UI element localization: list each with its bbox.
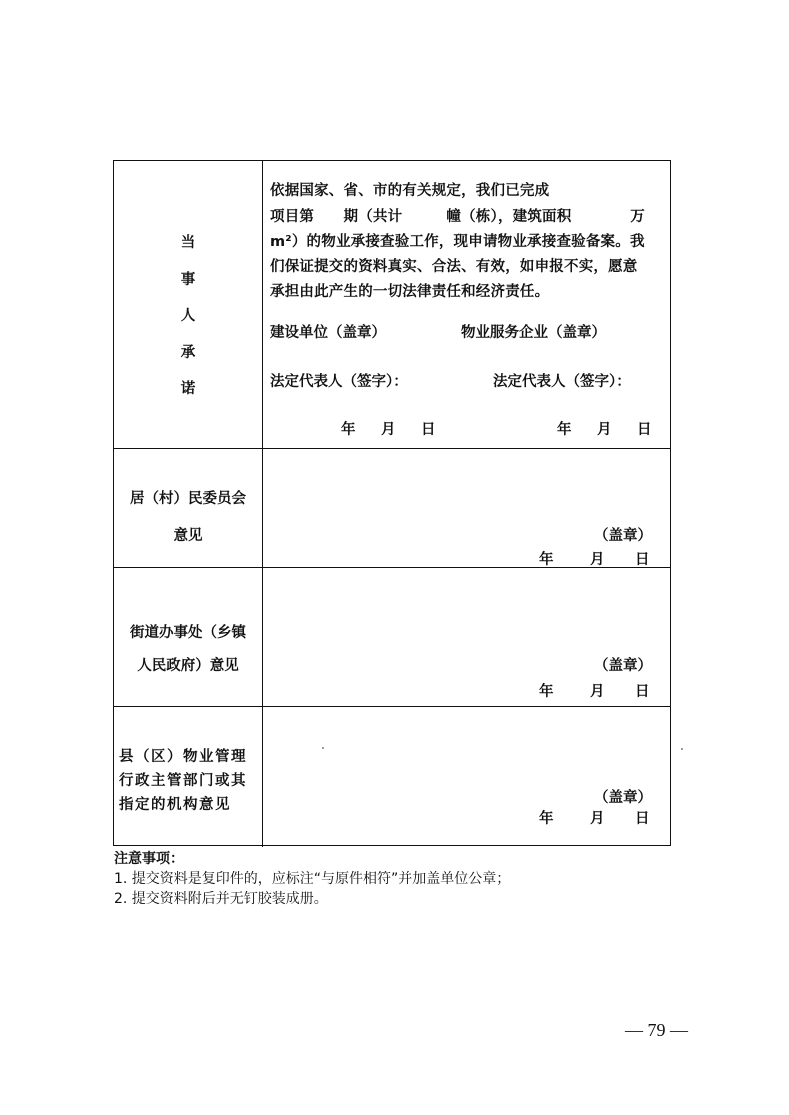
commitment-text-line: 承担由此产生的一切法律责任和经济责任。 xyxy=(270,280,549,301)
commitment-content-cell: 依据国家、省、市的有关规定，我们已完成 项目第 期（共计 幢（栋），建筑面积 万… xyxy=(263,161,670,448)
date-month-right: 月 xyxy=(597,418,612,439)
commitment-label-cell: 当 事 人 承 诺 xyxy=(114,161,263,448)
commitment-label-char: 事 xyxy=(114,268,262,289)
commitment-text-line: 们保证提交的资料真实、合法、有效，如申报不实，愿意 xyxy=(270,255,638,276)
county-department-date-month: 月 xyxy=(590,807,605,828)
date-month-left: 月 xyxy=(381,418,396,439)
residents-committee-opinion-cell: （盖章） 年 月 日 xyxy=(263,449,670,567)
residents-committee-date-day: 日 xyxy=(635,548,650,569)
scan-speck xyxy=(322,747,324,749)
construction-unit-seal-label: 建设单位（盖章） xyxy=(270,321,386,342)
commitment-label-char: 人 xyxy=(114,304,262,325)
property-handover-filing-form: 当 事 人 承 诺 依据国家、省、市的有关规定，我们已完成 项目第 期（共计 幢… xyxy=(113,160,671,846)
commitment-label-char: 当 xyxy=(114,231,262,252)
date-year-left: 年 xyxy=(341,418,356,439)
county-department-date-day: 日 xyxy=(635,807,650,828)
county-department-seal: （盖章） xyxy=(594,786,652,807)
residents-committee-label: 意见 xyxy=(114,524,262,545)
county-department-label: 行政主管部门或其 xyxy=(119,769,247,790)
residents-committee-date-year: 年 xyxy=(539,548,554,569)
subdistrict-office-label: 街道办事处（乡镇 xyxy=(114,621,262,642)
commitment-text-line: m²）的物业承接查验工作，现申请物业承接查验备案。我 xyxy=(270,230,645,251)
residents-committee-label-cell: 居（村）民委员会 意见 xyxy=(114,449,263,567)
subdistrict-office-opinion-cell: （盖章） 年 月 日 xyxy=(263,568,670,706)
commitment-row: 当 事 人 承 诺 依据国家、省、市的有关规定，我们已完成 项目第 期（共计 幢… xyxy=(114,161,670,449)
subdistrict-office-date-year: 年 xyxy=(539,680,554,701)
scan-speck xyxy=(681,748,683,750)
county-department-date-year: 年 xyxy=(539,807,554,828)
subdistrict-office-date-day: 日 xyxy=(635,680,650,701)
note-item: 1. 提交资料是复印件的，应标注“与原件相符”并加盖单位公章； xyxy=(114,869,510,889)
residents-committee-date-month: 月 xyxy=(590,548,605,569)
county-department-label: 县（区）物业管理 xyxy=(119,745,247,766)
subdistrict-office-date-month: 月 xyxy=(590,680,605,701)
note-item: 2. 提交资料附后并无钉胶装成册。 xyxy=(114,889,510,909)
county-department-label: 指定的机构意见 xyxy=(119,793,231,814)
notes-section: 注意事项： 1. 提交资料是复印件的，应标注“与原件相符”并加盖单位公章； 2.… xyxy=(114,849,510,909)
county-department-row: 县（区）物业管理 行政主管部门或其 指定的机构意见 （盖章） 年 月 日 xyxy=(114,707,670,847)
notes-title: 注意事项： xyxy=(114,849,510,869)
property-service-seal-label: 物业服务企业（盖章） xyxy=(461,321,606,342)
residents-committee-label: 居（村）民委员会 xyxy=(114,487,262,508)
date-day-left: 日 xyxy=(421,418,436,439)
county-department-label-cell: 县（区）物业管理 行政主管部门或其 指定的机构意见 xyxy=(114,707,263,847)
commitment-text-line: 项目第 期（共计 幢（栋），建筑面积 万 xyxy=(270,205,645,226)
subdistrict-office-label: 人民政府）意见 xyxy=(114,654,262,675)
county-department-opinion-cell: （盖章） 年 月 日 xyxy=(263,707,670,847)
commitment-label-char: 诺 xyxy=(114,377,262,398)
subdistrict-office-row: 街道办事处（乡镇 人民政府）意见 （盖章） 年 月 日 xyxy=(114,568,670,707)
date-day-right: 日 xyxy=(637,418,652,439)
date-year-right: 年 xyxy=(557,418,572,439)
subdistrict-office-seal: （盖章） xyxy=(594,654,652,675)
commitment-label-char: 承 xyxy=(114,341,262,362)
residents-committee-seal: （盖章） xyxy=(594,524,652,545)
residents-committee-row: 居（村）民委员会 意见 （盖章） 年 月 日 xyxy=(114,449,670,568)
commitment-text-line: 依据国家、省、市的有关规定，我们已完成 xyxy=(270,179,549,200)
page-number: — 79 — xyxy=(625,1020,688,1041)
legal-rep-signature-right: 法定代表人（签字）： xyxy=(493,370,631,391)
legal-rep-signature-left: 法定代表人（签字）： xyxy=(270,370,408,391)
subdistrict-office-label-cell: 街道办事处（乡镇 人民政府）意见 xyxy=(114,568,263,706)
